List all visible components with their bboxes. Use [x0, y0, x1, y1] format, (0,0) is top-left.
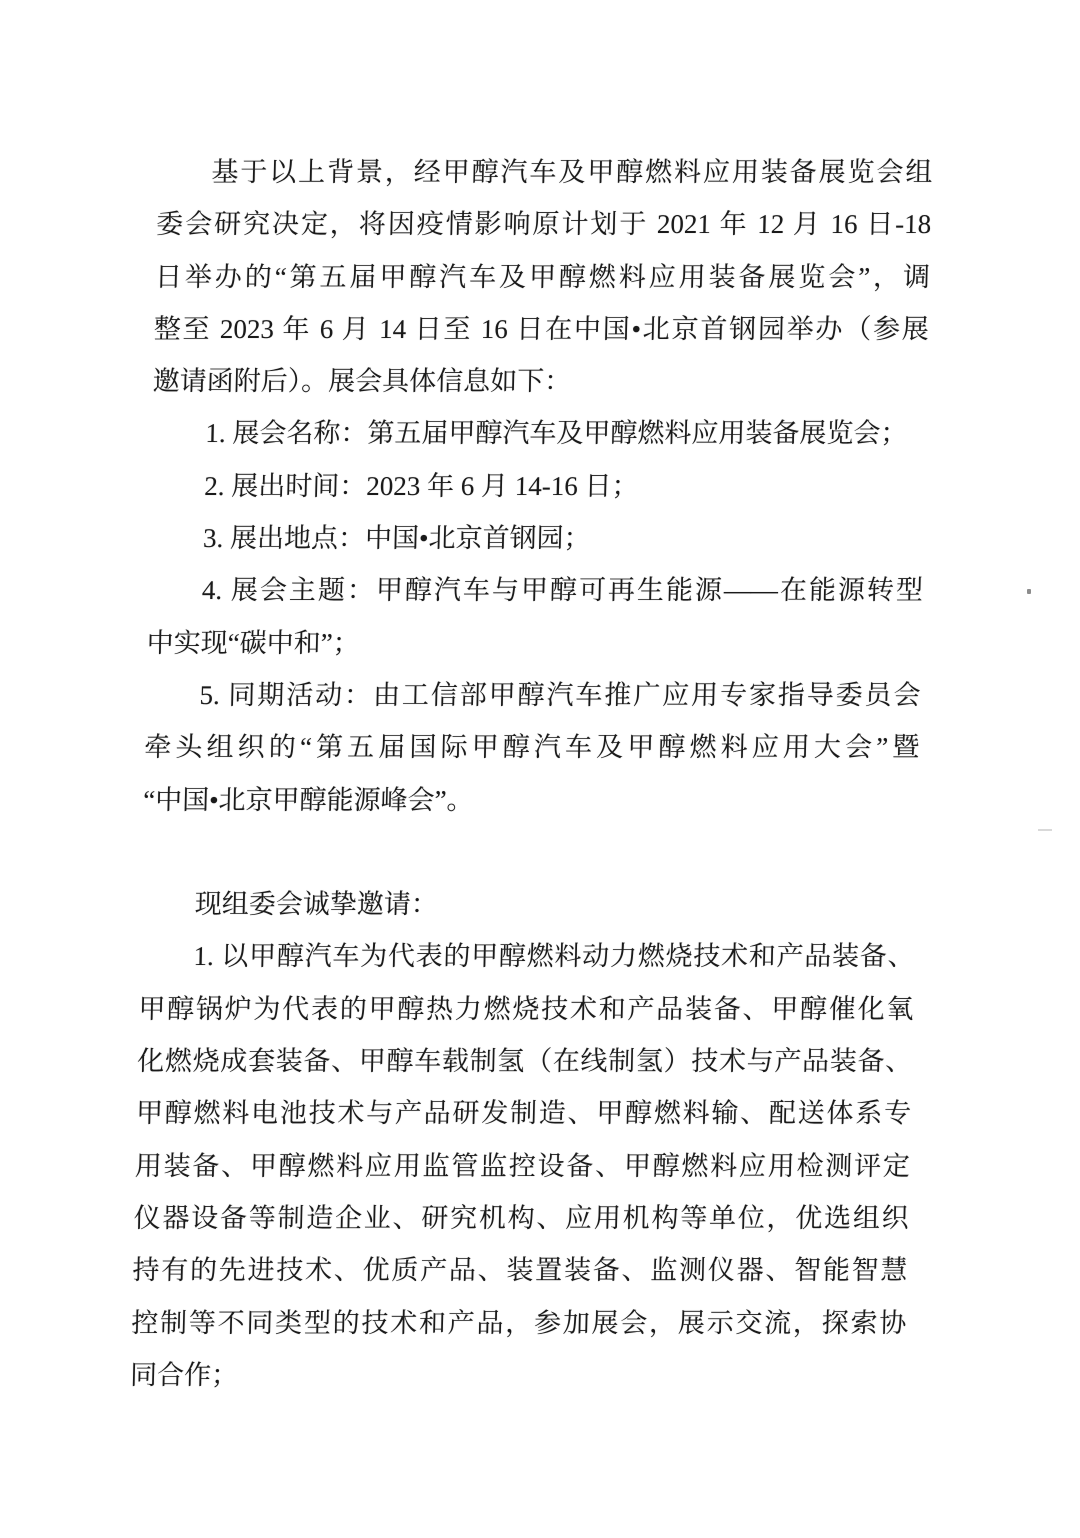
doc-line: 同合作；	[130, 1349, 906, 1401]
doc-line: 仪器设备等制造企业、研究机构、应用机构等单位，优选组织	[133, 1192, 909, 1244]
doc-line-list-item: 4. 展会主题：甲醇汽车与甲醇可再生能源——在能源转型	[147, 564, 923, 616]
doc-line: 牵头组织的“第五届国际甲醇汽车及甲醇燃料应用大会”暨	[144, 721, 920, 773]
scan-artifact-speck	[1038, 829, 1052, 831]
doc-line: 中实现“碳中和”；	[146, 617, 922, 669]
doc-line-list-item: 1. 以甲醇汽车为代表的甲醇燃料动力燃烧技术和产品装备、	[139, 930, 915, 982]
doc-line: 现组委会诚挚邀请：	[140, 878, 916, 930]
doc-line: 委会研究决定，将因疫情影响原计划于 2021 年 12 月 16 日-18	[156, 198, 932, 250]
document-body: 基于以上背景，经甲醇汽车及甲醇燃料应用装备展览会组 委会研究决定，将因疫情影响原…	[130, 146, 933, 1401]
doc-line: 控制等不同类型的技术和产品，参加展会，展示交流，探索协	[131, 1297, 907, 1349]
doc-blank-line	[141, 826, 917, 878]
scan-artifact-speck	[1027, 589, 1031, 594]
doc-line: 基于以上背景，经甲醇汽车及甲醇燃料应用装备展览会组	[157, 146, 933, 198]
doc-line-list-item: 1. 展会名称：第五届甲醇汽车及甲醇燃料应用装备展览会；	[151, 407, 927, 459]
scanned-document-page: 基于以上背景，经甲醇汽车及甲醇燃料应用装备展览会组 委会研究决定，将因疫情影响原…	[0, 0, 1080, 1538]
doc-line: 持有的先进技术、优质产品、装置装备、监测仪器、智能智慧	[132, 1244, 908, 1296]
doc-line-list-item: 2. 展出时间：2023 年 6 月 14-16 日；	[150, 460, 926, 512]
doc-line: 整至 2023 年 6 月 14 日至 16 日在中国•北京首钢园举办（参展	[153, 303, 929, 355]
doc-line: 化燃烧成套装备、甲醇车载制氢（在线制氢）技术与产品装备、	[137, 1035, 913, 1087]
doc-line: 日举办的“第五届甲醇汽车及甲醇燃料应用装备展览会”，调	[154, 251, 930, 303]
doc-line-list-item: 3. 展出地点：中国•北京首钢园；	[149, 512, 925, 564]
doc-line-list-item: 5. 同期活动：由工信部甲醇汽车推广应用专家指导委员会	[145, 669, 921, 721]
doc-line: “中国•北京甲醇能源峰会”。	[143, 774, 919, 826]
doc-line: 甲醇锅炉为代表的甲醇热力燃烧技术和产品装备、甲醇催化氧	[138, 983, 914, 1035]
doc-line: 邀请函附后）。展会具体信息如下：	[152, 355, 928, 407]
doc-line: 用装备、甲醇燃料应用监管监控设备、甲醇燃料应用检测评定	[134, 1140, 910, 1192]
doc-line: 甲醇燃料电池技术与产品研发制造、甲醇燃料输、配送体系专	[135, 1087, 911, 1139]
